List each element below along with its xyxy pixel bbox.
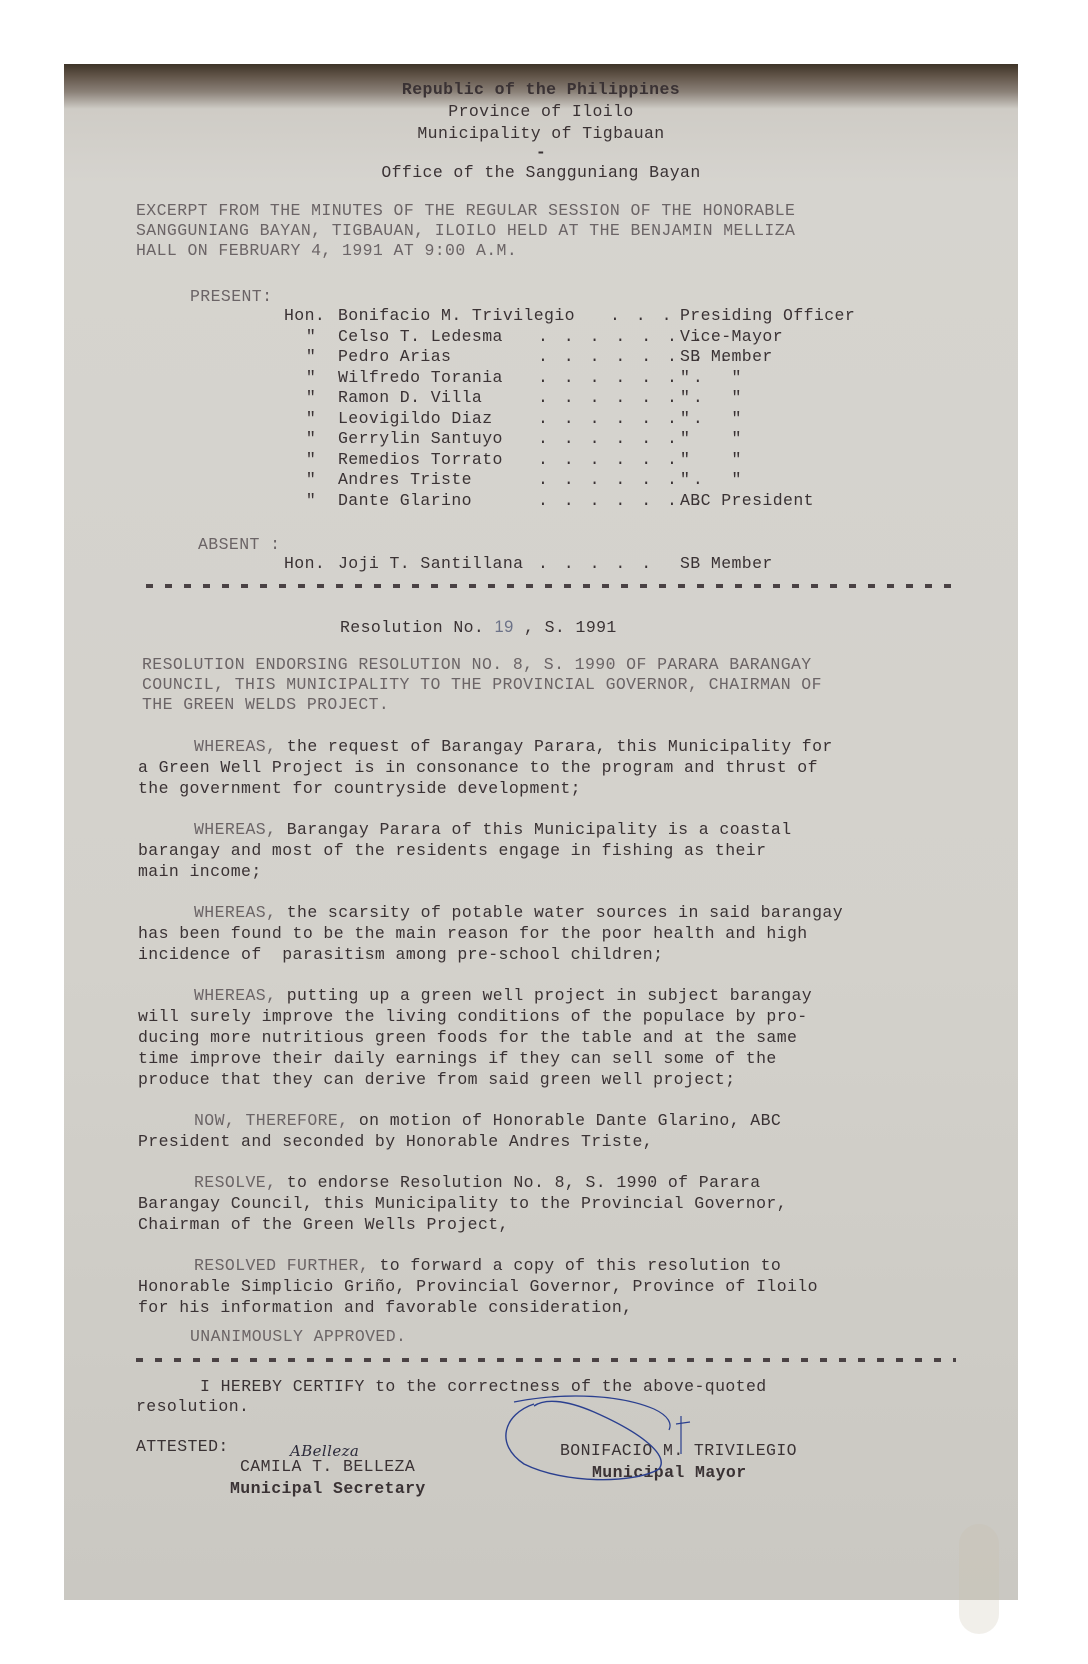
paper-stain (959, 1524, 999, 1634)
mayor-signature (494, 1384, 734, 1494)
roster-prefix: " (284, 470, 338, 490)
resolution-number-label: Resolution No. (340, 618, 484, 637)
resolution-paragraph: NOW, THEREFORE, on motion of Honorable D… (138, 1110, 781, 1152)
resolution-title-line: THE GREEN WELDS PROJECT. (142, 694, 389, 716)
paragraph-lead: WHEREAS, (194, 986, 276, 1005)
absent-roster: Hon.Joji T. Santillana. . . . .SB Member (284, 554, 984, 576)
paragraph-text: to endorse Resolution No. 8, S. 1990 of … (276, 1173, 760, 1192)
paragraph-line: WHEREAS, the request of Barangay Parara,… (138, 736, 833, 757)
header-separator: - (64, 142, 1018, 164)
resolution-paragraph: WHEREAS, Barangay Parara of this Municip… (138, 819, 792, 882)
roster-leader-dots: . . . . . . . . (538, 347, 680, 367)
secretary-title: Municipal Secretary (230, 1478, 426, 1500)
approval-text: UNANIMOUSLY APPROVED. (190, 1326, 406, 1348)
roster-name: Pedro Arias (338, 347, 538, 367)
roster-leader-dots: . . . . . . . (538, 368, 680, 388)
roster-role: SB Member (680, 554, 773, 573)
paragraph-lead: RESOLVED FURTHER, (194, 1256, 369, 1275)
paragraph-line: Chairman of the Green Wells Project, (138, 1214, 787, 1235)
roster-prefix: Hon. (284, 306, 338, 326)
paragraph-text: to forward a copy of this resolution to (369, 1256, 781, 1275)
paragraph-line: RESOLVE, to endorse Resolution No. 8, S.… (138, 1172, 787, 1193)
roster-row: "Leovigildo Diaz. . . . . . ." " (284, 409, 742, 429)
present-label: PRESENT: (190, 286, 272, 308)
roster-name: Joji T. Santillana (338, 554, 538, 574)
resolution-title-line: COUNCIL, THIS MUNICIPALITY TO THE PROVIN… (142, 674, 822, 696)
paragraph-line: President and seconded by Honorable Andr… (138, 1131, 781, 1152)
header-office: Office of the Sangguniang Bayan (64, 162, 1018, 184)
roster-prefix: " (284, 388, 338, 408)
secretary-signature: ABelleza (290, 1442, 359, 1460)
roster-leader-dots: . . . . . . (538, 450, 680, 470)
excerpt-line: SANGGUNIANG BAYAN, TIGBAUAN, ILOILO HELD… (136, 220, 795, 242)
paragraph-line: barangay and most of the residents engag… (138, 840, 792, 861)
roster-role: " " (680, 429, 742, 448)
roster-role: Presiding Officer (680, 306, 855, 325)
roster-prefix: " (284, 409, 338, 429)
resolution-number-value: 19 (495, 618, 514, 636)
paragraph-line: WHEREAS, putting up a green well project… (138, 985, 812, 1006)
roster-prefix: " (284, 368, 338, 388)
roster-leader-dots: . . . (610, 306, 680, 326)
paragraph-line: WHEREAS, Barangay Parara of this Municip… (138, 819, 792, 840)
roster-name: Ramon D. Villa (338, 388, 538, 408)
paragraph-line: the government for countryside developme… (138, 778, 833, 799)
paragraph-line: incidence of parasitism among pre-school… (138, 944, 843, 965)
roster-role: SB Member (680, 347, 773, 366)
roster-role: ABC President (680, 491, 814, 510)
roster-leader-dots: . . . . . . . (538, 388, 680, 408)
paragraph-text: on motion of Honorable Dante Glarino, AB… (349, 1111, 782, 1130)
paragraph-lead: WHEREAS, (194, 737, 276, 756)
roster-prefix: " (284, 347, 338, 367)
roster-row: "Wilfredo Torania. . . . . . ." " (284, 368, 742, 388)
header-country: Republic of the Philippines (64, 79, 1018, 101)
certification-line: resolution. (136, 1396, 249, 1418)
paragraph-line: main income; (138, 861, 792, 882)
roster-row: "Dante Glarino. . . . . . .ABC President (284, 491, 814, 511)
roster-name: Remedios Torrato (338, 450, 538, 470)
roster-prefix: " (284, 491, 338, 511)
header-province: Province of Iloilo (64, 101, 1018, 123)
resolution-number: Resolution No. 19 , S. 1991 (340, 616, 617, 638)
paragraph-text: the request of Barangay Parara, this Mun… (276, 737, 832, 756)
roster-prefix: Hon. (284, 554, 338, 574)
roster-name: Andres Triste (338, 470, 538, 490)
roster-leader-dots: . . . . . . . (538, 409, 680, 429)
paragraph-line: ducing more nutritious green foods for t… (138, 1027, 812, 1048)
roster-row: Hon.Bonifacio M. Trivilegio. . .Presidin… (284, 306, 855, 326)
resolution-series: , S. 1991 (524, 618, 617, 637)
roster-name: Bonifacio M. Trivilegio (338, 306, 610, 326)
paragraph-line: NOW, THEREFORE, on motion of Honorable D… (138, 1110, 781, 1131)
paragraph-line: has been found to be the main reason for… (138, 923, 843, 944)
roster-name: Celso T. Ledesma (338, 327, 538, 347)
resolution-paragraph: WHEREAS, the scarsity of potable water s… (138, 902, 843, 965)
roster-row: "Celso T. Ledesma. . . . . . .Vice-Mayor (284, 327, 783, 347)
resolution-paragraph: RESOLVE, to endorse Resolution No. 8, S.… (138, 1172, 787, 1235)
roster-leader-dots: . . . . . . . (538, 470, 680, 490)
paragraph-lead: RESOLVE, (194, 1173, 276, 1192)
roster-name: Gerrylin Santuyo (338, 429, 538, 449)
paragraph-line: for his information and favorable consid… (138, 1297, 818, 1318)
roster-role: Vice-Mayor (680, 327, 783, 346)
roster-name: Leovigildo Diaz (338, 409, 538, 429)
paragraph-text: putting up a green well project in subje… (276, 986, 812, 1005)
paragraph-lead: WHEREAS, (194, 903, 276, 922)
paragraph-lead: NOW, THEREFORE, (194, 1111, 349, 1130)
resolution-paragraph: WHEREAS, the request of Barangay Parara,… (138, 736, 833, 799)
roster-prefix: " (284, 327, 338, 347)
roster-row: Hon.Joji T. Santillana. . . . .SB Member (284, 554, 773, 574)
roster-row: "Remedios Torrato. . . . . ." " (284, 450, 742, 470)
attested-label: ATTESTED: (136, 1436, 229, 1458)
excerpt-line: EXCERPT FROM THE MINUTES OF THE REGULAR … (136, 200, 795, 222)
roster-role: " " (680, 470, 742, 489)
roster-name: Wilfredo Torania (338, 368, 538, 388)
roster-role: " " (680, 388, 742, 407)
roster-prefix: " (284, 450, 338, 470)
resolution-paragraph: WHEREAS, putting up a green well project… (138, 985, 812, 1090)
paragraph-lead: WHEREAS, (194, 820, 276, 839)
paragraph-line: Honorable Simplicio Griño, Provincial Go… (138, 1276, 818, 1297)
roster-leader-dots: . . . . . (538, 554, 680, 574)
roster-row: "Ramon D. Villa. . . . . . ." " (284, 388, 742, 408)
document-page: Republic of the Philippines Province of … (64, 64, 1018, 1600)
paragraph-line: Barangay Council, this Municipality to t… (138, 1193, 787, 1214)
roster-prefix: " (284, 429, 338, 449)
paragraph-line: WHEREAS, the scarsity of potable water s… (138, 902, 843, 923)
absent-label: ABSENT : (198, 534, 280, 556)
paragraph-text: the scarsity of potable water sources in… (276, 903, 843, 922)
present-roster: Hon.Bonifacio M. Trivilegio. . .Presidin… (284, 306, 984, 516)
roster-row: "Andres Triste. . . . . . ." " (284, 470, 742, 490)
roster-role: " " (680, 368, 742, 387)
resolution-paragraph: RESOLVED FURTHER, to forward a copy of t… (138, 1255, 818, 1318)
roster-role: " " (680, 409, 742, 428)
resolution-title-line: RESOLUTION ENDORSING RESOLUTION NO. 8, S… (142, 654, 812, 676)
roster-row: "Gerrylin Santuyo. . . . . ." " (284, 429, 742, 449)
paragraph-line: will surely improve the living condition… (138, 1006, 812, 1027)
divider (146, 584, 956, 588)
paragraph-text: Barangay Parara of this Municipality is … (276, 820, 791, 839)
excerpt-line: HALL ON FEBRUARY 4, 1991 AT 9:00 A.M. (136, 240, 517, 262)
roster-row: "Pedro Arias. . . . . . . .SB Member (284, 347, 773, 367)
roster-leader-dots: . . . . . . . (538, 491, 680, 511)
paragraph-line: time improve their daily earnings if the… (138, 1048, 812, 1069)
divider (136, 1358, 956, 1362)
roster-leader-dots: . . . . . . (538, 429, 680, 449)
roster-name: Dante Glarino (338, 491, 538, 511)
paragraph-line: produce that they can derive from said g… (138, 1069, 812, 1090)
roster-role: " " (680, 450, 742, 469)
paragraph-line: RESOLVED FURTHER, to forward a copy of t… (138, 1255, 818, 1276)
roster-leader-dots: . . . . . . . (538, 327, 680, 347)
paragraph-line: a Green Well Project is in consonance to… (138, 757, 833, 778)
